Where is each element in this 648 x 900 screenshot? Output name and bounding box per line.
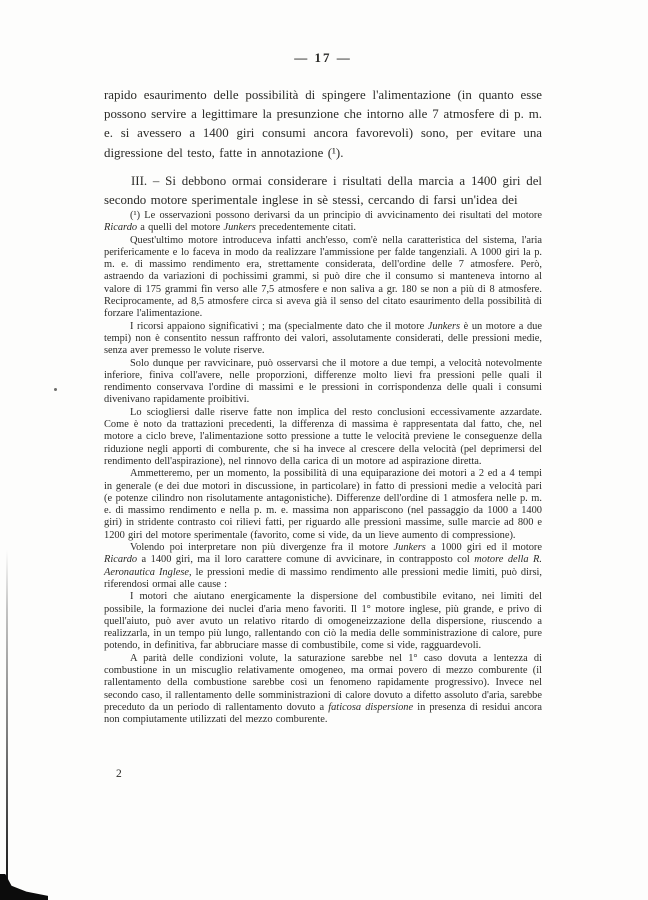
footnote-paragraph: Quest'ultimo motore introduceva infatti … <box>104 235 542 321</box>
scan-corner-artifact <box>0 874 48 900</box>
main-text-block: rapido esaurimento delle possibilità di … <box>104 86 542 210</box>
footnote-paragraph: (¹) Le osservazioni possono derivarsi da… <box>104 210 542 235</box>
footnote-paragraph: Volendo poi interpretare non più diverge… <box>104 542 542 591</box>
body-paragraph-continuation: rapido esaurimento delle possibilità di … <box>104 86 542 163</box>
footnote-paragraph: Lo sciogliersi dalle riserve fatte non i… <box>104 407 542 468</box>
footnote-paragraph: I ricorsi appaiono significativi ; ma (s… <box>104 321 542 358</box>
footnote-paragraph: I motori che aiutano energicamente la di… <box>104 591 542 652</box>
footnote-paragraph: A parità delle condizioni volute, la sat… <box>104 653 542 727</box>
footnote-block: (¹) Le osservazioni possono derivarsi da… <box>104 210 542 726</box>
page-number-header: — 17 — <box>104 50 542 66</box>
footnote-paragraph: Solo dunque per ravvicinare, può osserva… <box>104 358 542 407</box>
page-number-footer: 2 <box>116 768 122 780</box>
scan-line-artifact <box>6 550 8 886</box>
scanned-page: — 17 — rapido esaurimento delle possibil… <box>0 0 648 900</box>
scan-speck-artifact <box>54 388 57 391</box>
footnote-paragraph: Ammetteremo, per un momento, la possibil… <box>104 468 542 542</box>
body-paragraph-section-3: III. – Si debbono ormai considerare i ri… <box>104 172 542 210</box>
